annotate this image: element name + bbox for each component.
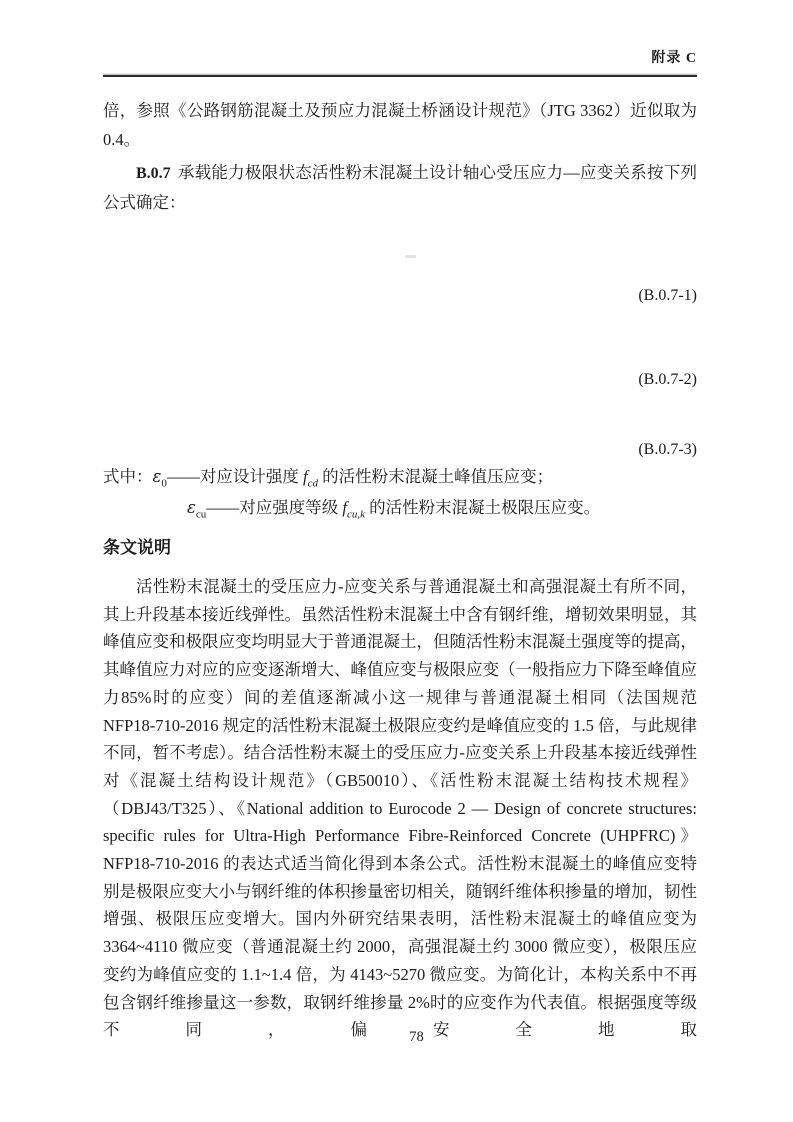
page-number: 78 <box>409 1029 424 1045</box>
epsilon-subscript: cu <box>196 508 206 520</box>
running-header: 附录 C <box>103 0 697 68</box>
definition-line-2: εcu——对应强度等级 fcu,k 的活性粉末混凝土极限压应变。 <box>187 493 697 522</box>
equation-label-1: (B.0.7-1) <box>638 287 697 304</box>
epsilon-symbol: ε <box>187 498 196 517</box>
clause-number: B.0.7 <box>136 165 171 182</box>
document-page: 附录 C 倍，参照《公路钢筋混凝土及预应力混凝土桥涵设计规范》（JTG 3362… <box>0 0 793 1122</box>
page-footer: 78 <box>0 1028 793 1046</box>
f-subscript: cd <box>308 477 318 489</box>
definition-dash: —— <box>206 498 239 517</box>
intro-paragraph: 倍，参照《公路钢筋混凝土及预应力混凝土桥涵设计规范》（JTG 3362）近似取为… <box>103 96 697 154</box>
equation-row-1: (B.0.7-1) <box>103 286 697 306</box>
equation-row-3: (B.0.7-3) <box>103 440 697 460</box>
equation-label-2: (B.0.7-2) <box>638 371 697 388</box>
commentary-heading: 条文说明 <box>103 533 697 562</box>
f-subscript: cu,k <box>347 508 365 520</box>
definition-post-text: 的活性粉末混凝土极限压应变。 <box>365 498 600 517</box>
definition-pre-text: 对应设计强度 <box>200 467 303 486</box>
definition-dash: —— <box>167 467 200 486</box>
clause-paragraph: B.0.7承载能力极限状态活性粉末混凝土设计轴心受压应力—应变关系按下列公式确定… <box>103 158 697 217</box>
equation-row-2: (B.0.7-2) <box>103 370 697 390</box>
equation-label-3: (B.0.7-3) <box>638 441 697 458</box>
where-intro: 式中： <box>103 467 153 486</box>
definition-pre-text: 对应强度等级 <box>239 498 342 517</box>
clause-text: 承载能力极限状态活性粉末混凝土设计轴心受压应力—应变关系按下列公式确定： <box>103 163 697 212</box>
definition-post-text: 的活性粉末混凝土峰值压应变； <box>318 467 553 486</box>
header-rule <box>103 75 697 77</box>
commentary-paragraph: 活性粉末混凝土的受压应力-应变关系与普通混凝土和高强混凝土有所不同，其上升段基本… <box>103 573 697 1044</box>
definition-line-1: 式中：ε0——对应设计强度 fcd 的活性粉末混凝土峰值压应变； <box>103 462 697 491</box>
scan-artifact <box>405 255 416 258</box>
appendix-label: 附录 C <box>651 51 697 66</box>
page-content: 附录 C 倍，参照《公路钢筋混凝土及预应力混凝土桥涵设计规范》（JTG 3362… <box>103 0 697 1044</box>
